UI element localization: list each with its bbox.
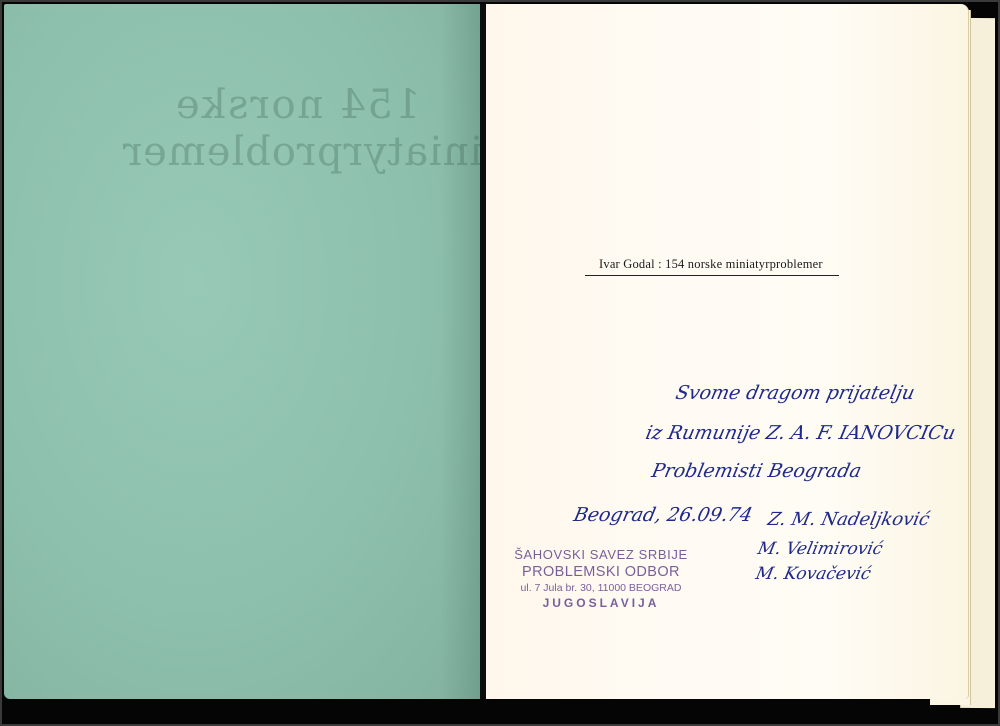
- inscription-line: Problemisti Beograda: [650, 460, 864, 482]
- right-page-title: Ivar Godal : 154 norske miniatyrprobleme…: [486, 4, 969, 699]
- stamp-line: JUGOSLAVIJA: [496, 595, 706, 611]
- inscription-line: Svome dragom prijatelju: [674, 382, 917, 404]
- book-title: Ivar Godal : 154 norske miniatyrprobleme…: [599, 257, 842, 272]
- signature: M. Kovačević: [754, 564, 873, 584]
- signature: M. Velimirović: [756, 539, 885, 559]
- signature: Z. M. Nadeljković: [766, 509, 932, 530]
- show-through-text: miniatyrproblemer: [122, 129, 522, 175]
- left-page-cover: 154 norske miniatyrproblemer: [4, 4, 480, 699]
- inscription-date: Beograd, 26.09.74: [572, 504, 755, 526]
- title-underline: [585, 275, 839, 276]
- stamp-line: ŠAHOVSKI SAVEZ SRBIJE: [496, 547, 706, 563]
- show-through-text: 154 norske: [174, 82, 420, 128]
- rubber-stamp: ŠAHOVSKI SAVEZ SRBIJE PROBLEMSKI ODBOR u…: [496, 547, 706, 611]
- inscription-line: iz Rumunije Z. A. F. IANOVCICu: [644, 422, 958, 444]
- stamp-line: ul. 7 Jula br. 30, 11000 BEOGRAD: [496, 581, 706, 595]
- stamp-line: PROBLEMSKI ODBOR: [496, 563, 706, 581]
